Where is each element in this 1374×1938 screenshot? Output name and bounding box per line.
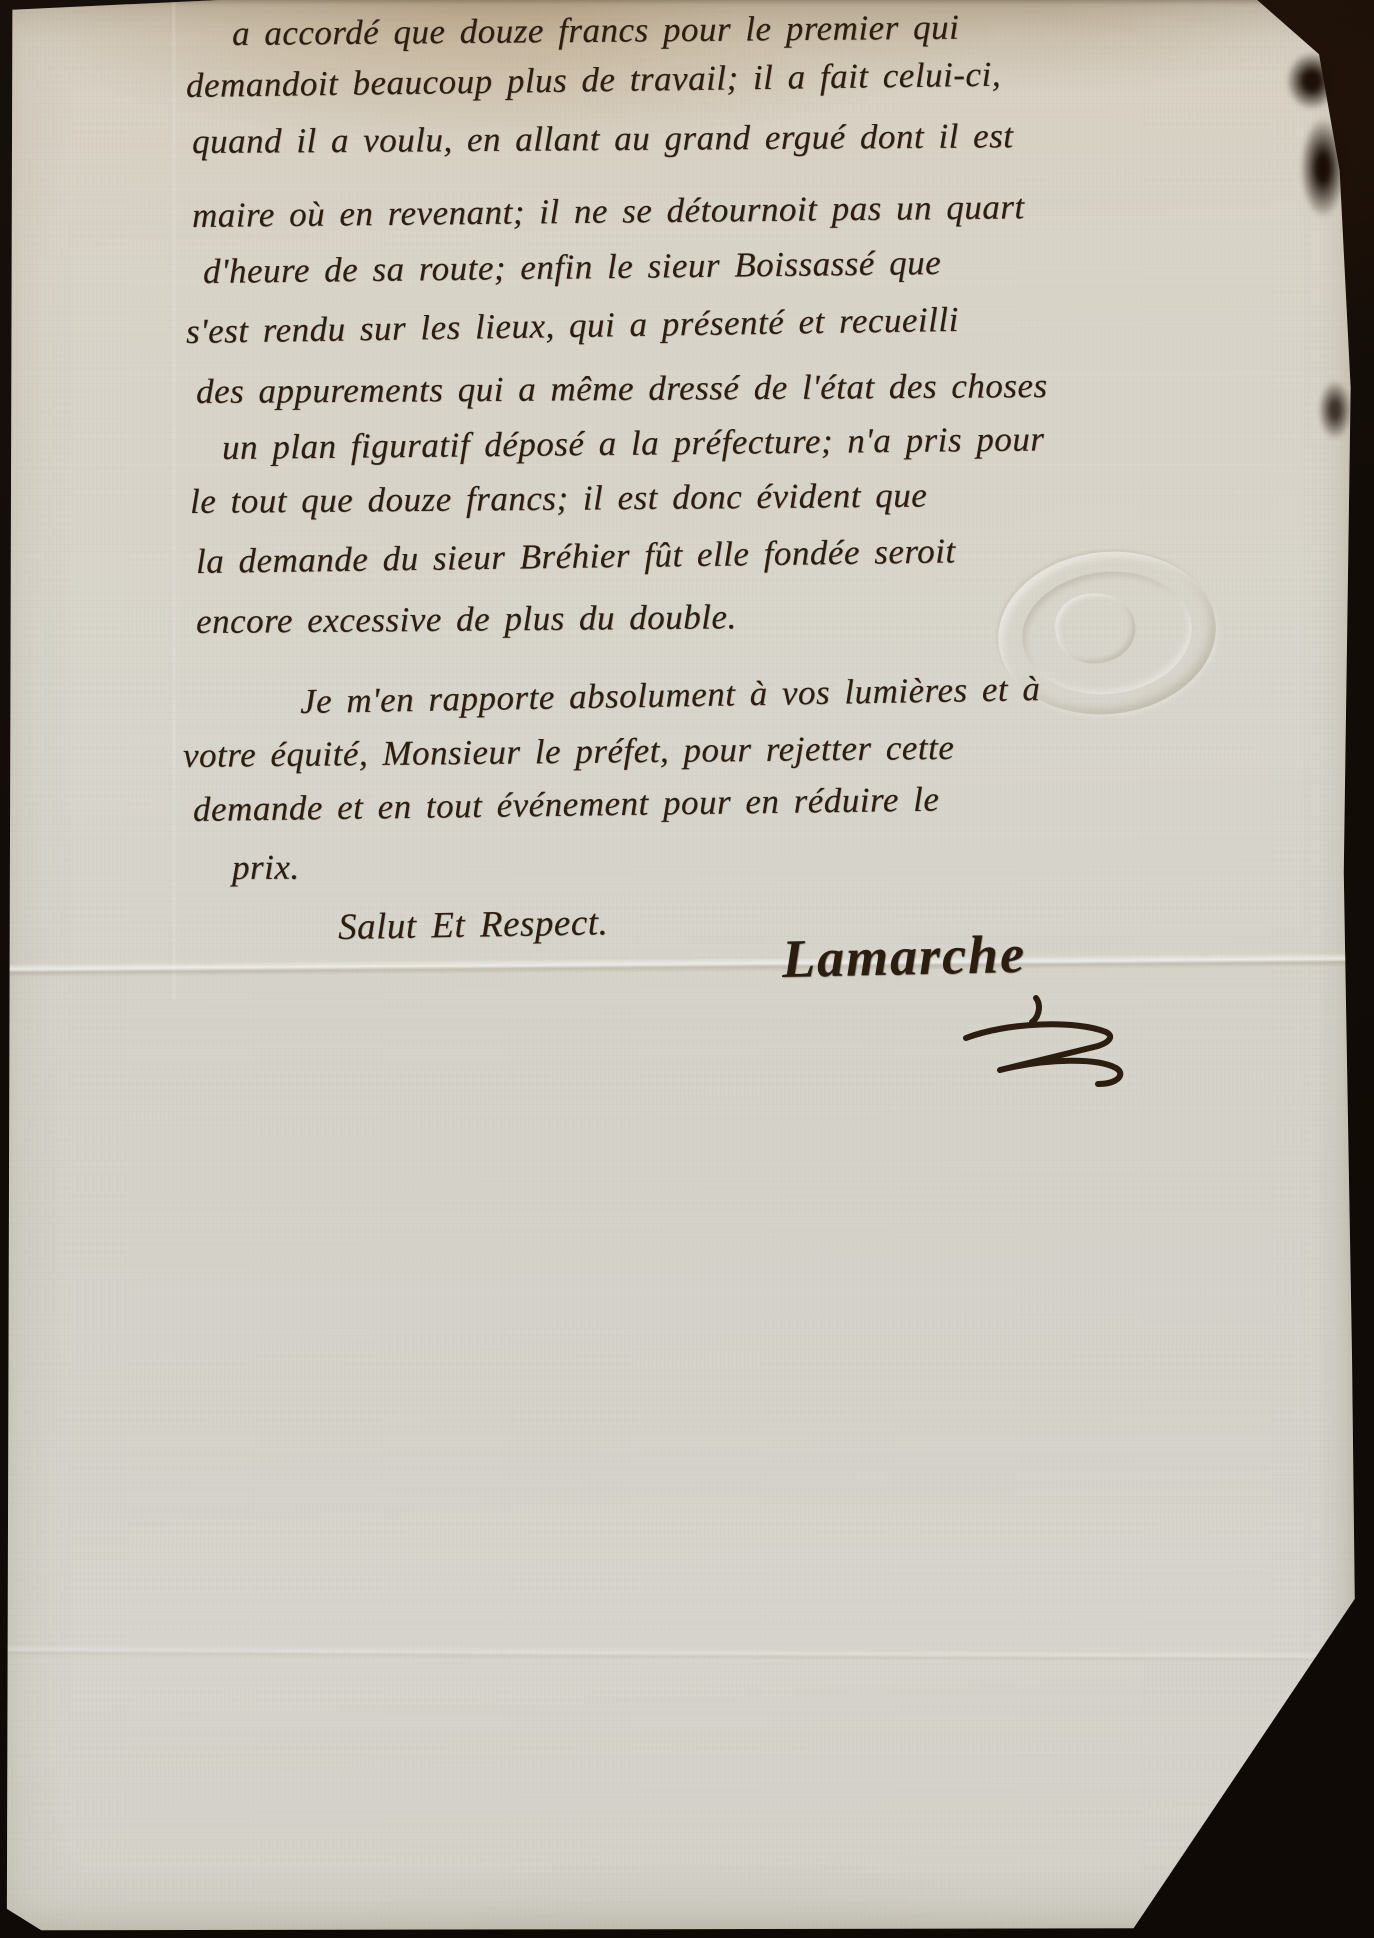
handwritten-line: quand il a voulu, en allant au grand erg… bbox=[192, 116, 1014, 162]
handwritten-line: la demande du sieur Bréhier fût elle fon… bbox=[196, 531, 956, 582]
handwritten-line: des appurements qui a même dressé de l'é… bbox=[196, 366, 1048, 412]
handwritten-line: d'heure de sa route; enfin le sieur Bois… bbox=[203, 243, 942, 292]
handwritten-line: demandoit beaucoup plus de travail; il a… bbox=[186, 55, 1001, 106]
handwritten-line: demande et en tout événement pour en réd… bbox=[193, 780, 940, 830]
handwritten-line: le tout que douze francs; il est donc év… bbox=[190, 476, 928, 522]
handwritten-line: votre équité, Monsieur le préfet, pour r… bbox=[183, 728, 955, 776]
handwritten-line: maire où en revenant; il ne se détournoi… bbox=[192, 187, 1025, 236]
photograph-of-letter: a accordé que douze francs pour le premi… bbox=[0, 0, 1374, 1938]
letter-body: a accordé que douze francs pour le premi… bbox=[0, 0, 1374, 1938]
signature-paraph-flourish bbox=[948, 992, 1138, 1112]
paper-sheet: a accordé que douze francs pour le premi… bbox=[0, 0, 1374, 1938]
handwritten-line: s'est rendu sur les lieux, qui a présent… bbox=[186, 300, 959, 352]
handwritten-line: un plan figuratif déposé a la préfecture… bbox=[222, 419, 1045, 468]
handwritten-line: encore excessive de plus du double. bbox=[196, 597, 737, 642]
handwritten-line: a accordé que douze francs pour le premi… bbox=[232, 8, 960, 54]
handwritten-line: prix. bbox=[232, 848, 300, 888]
letter-closing: Salut Et Respect. bbox=[338, 901, 609, 949]
handwritten-line: Je m'en rapporte absolument à vos lumièr… bbox=[300, 669, 1041, 722]
signature: Lamarche bbox=[781, 923, 1026, 990]
